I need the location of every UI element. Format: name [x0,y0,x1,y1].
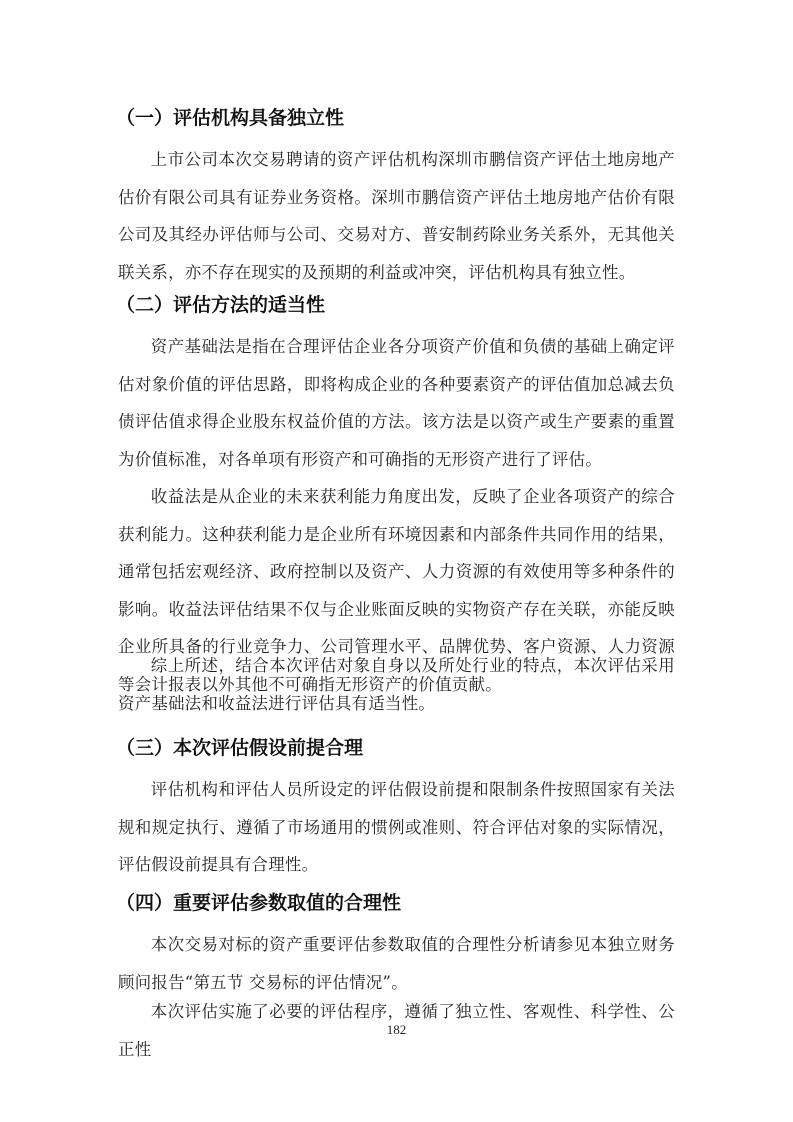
section-2-paragraph-3: 综上所述，结合本次评估对象自身以及所处行业的特点，本次评估采用资产基础法和收益法… [118,647,675,722]
section-heading-3: （三）本次评估假设前提合理 [116,736,363,760]
section-heading-1: （一）评估机构具备独立性 [116,106,344,130]
page-number: 182 [0,1022,793,1038]
section-heading-2: （二）评估方法的适当性 [116,293,325,317]
section-1-paragraph-1: 上市公司本次交易聘请的资产评估机构深圳市鹏信资产评估土地房地产估价有限公司具有证… [118,141,675,291]
section-3-paragraph-1: 评估机构和评估人员所设定的评估假设前提和限制条件按照国家有关法规和规定执行、遵循… [118,771,675,884]
section-2-paragraph-1: 资产基础法是指在合理评估企业各分项资产价值和负债的基础上确定评估对象价值的评估思… [118,328,675,478]
section-heading-4: （四）重要评估参数取值的合理性 [116,891,401,915]
section-4-paragraph-1: 本次交易对标的资产重要评估参数取值的合理性分析请参见本独立财务顾问报告“第五节 … [118,926,675,1001]
